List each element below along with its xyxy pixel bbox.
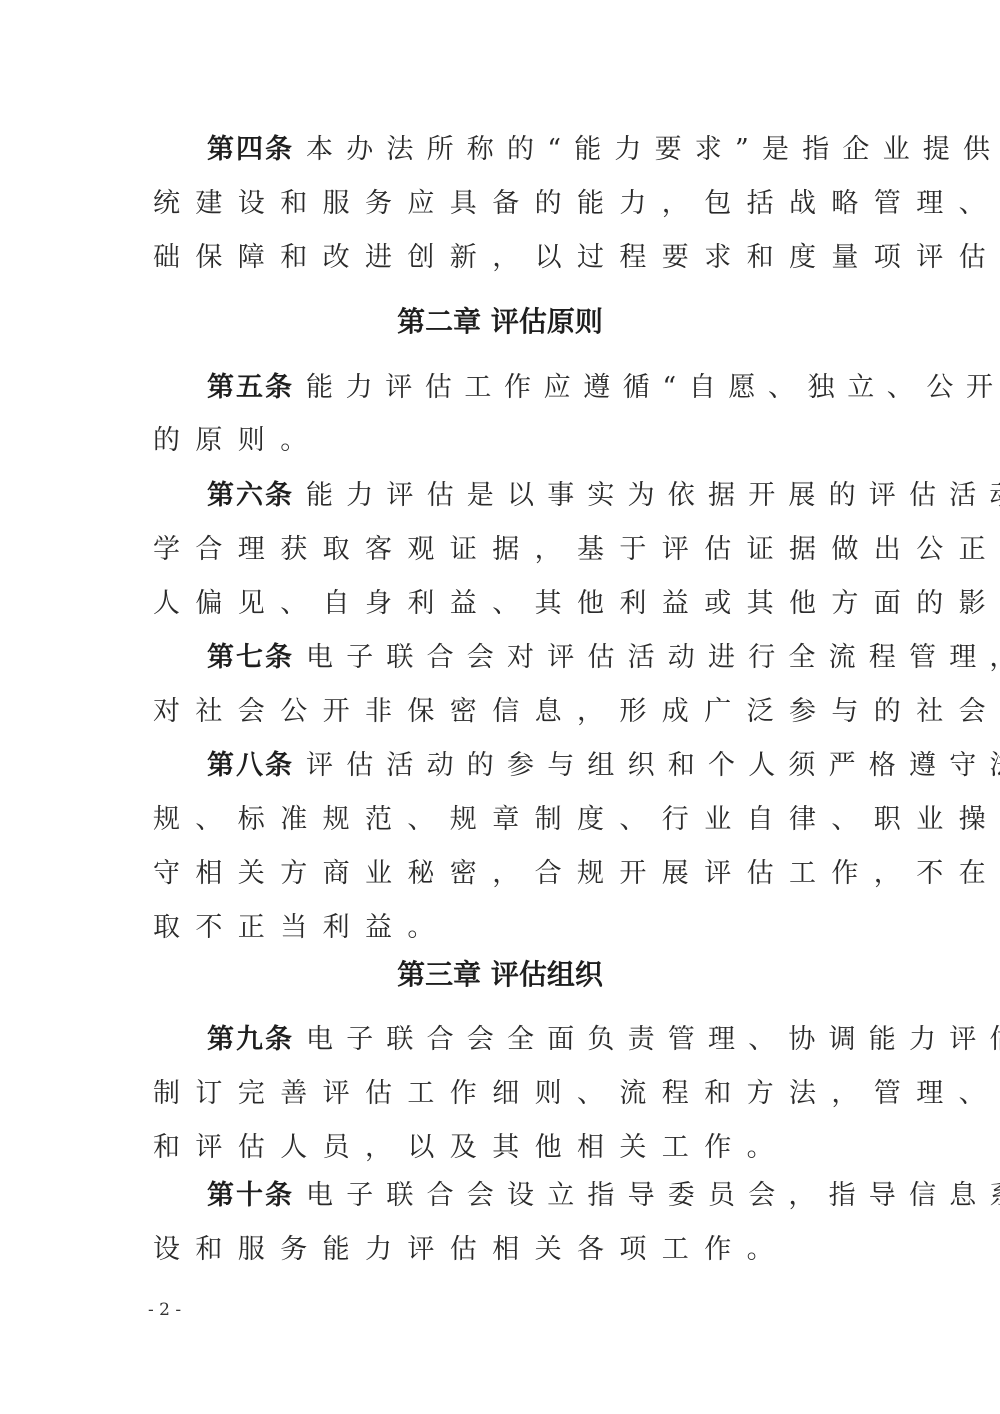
article-7-line-1: 第七条电子联合会对评估活动进行全流程管理，按需 <box>207 638 848 678</box>
article-5-line-1: 第五条能力评估工作应遵循“自愿、独立、公开、公正” <box>207 368 848 408</box>
article-5-lead: 第五条 <box>207 372 294 403</box>
article-10-lead: 第十条 <box>207 1180 294 1211</box>
article-7-line-2: 对社会公开非保密信息，形成广泛参与的社会化监督机制。 <box>153 692 848 732</box>
article-4-line-2: 统建设和服务应具备的能力，包括战略管理、业务运营、基 <box>153 184 848 224</box>
article-8-line-3: 守相关方商业秘密，合规开展评估工作，不在评估活动中谋 <box>153 854 848 894</box>
article-6-lead: 第六条 <box>207 480 294 511</box>
chapter-3-heading: 第三章 评估组织 <box>0 955 1000 995</box>
article-9-line-2: 制订完善评估工作细则、流程和方法，管理、监督评估机构 <box>153 1074 848 1114</box>
article-6-line-1: 第六条能力评估是以事实为依据开展的评估活动，科 <box>207 476 848 516</box>
article-4-lead: 第四条 <box>207 134 294 165</box>
article-10-line-2: 设和服务能力评估相关各项工作。 <box>153 1230 848 1270</box>
article-10-line-1: 第十条电子联合会设立指导委员会，指导信息系统建 <box>207 1176 848 1216</box>
article-8-line-1: 第八条评估活动的参与组织和个人须严格遵守法律法 <box>207 746 848 786</box>
article-8-line-4: 取不正当利益。 <box>153 908 848 948</box>
article-8-lead: 第八条 <box>207 750 294 781</box>
article-7-lead: 第七条 <box>207 642 294 673</box>
article-9-lead: 第九条 <box>207 1024 294 1055</box>
article-9-line-3: 和评估人员，以及其他相关工作。 <box>153 1128 848 1168</box>
article-4-line-3: 础保障和改进创新，以过程要求和度量项评估。 <box>153 238 848 278</box>
article-9-line-1: 第九条电子联合会全面负责管理、协调能力评估工作， <box>207 1020 848 1060</box>
article-6-line-3: 人偏见、自身利益、其他利益或其他方面的影响。 <box>153 584 848 624</box>
article-6-line-2: 学合理获取客观证据，基于评估证据做出公正决定，不受个 <box>153 530 848 570</box>
chapter-2-heading: 第二章 评估原则 <box>0 302 1000 342</box>
page-number: - 2 - <box>148 1298 181 1322</box>
article-5-line-2: 的原则。 <box>153 421 848 461</box>
document-page: 第四条本办法所称的“能力要求”是指企业提供信息系 统建设和服务应具备的能力，包括… <box>0 0 1000 1414</box>
article-4-line-1: 第四条本办法所称的“能力要求”是指企业提供信息系 <box>207 130 848 170</box>
article-8-line-2: 规、标准规范、规章制度、行业自律、职业操守等要求，保 <box>153 800 848 840</box>
